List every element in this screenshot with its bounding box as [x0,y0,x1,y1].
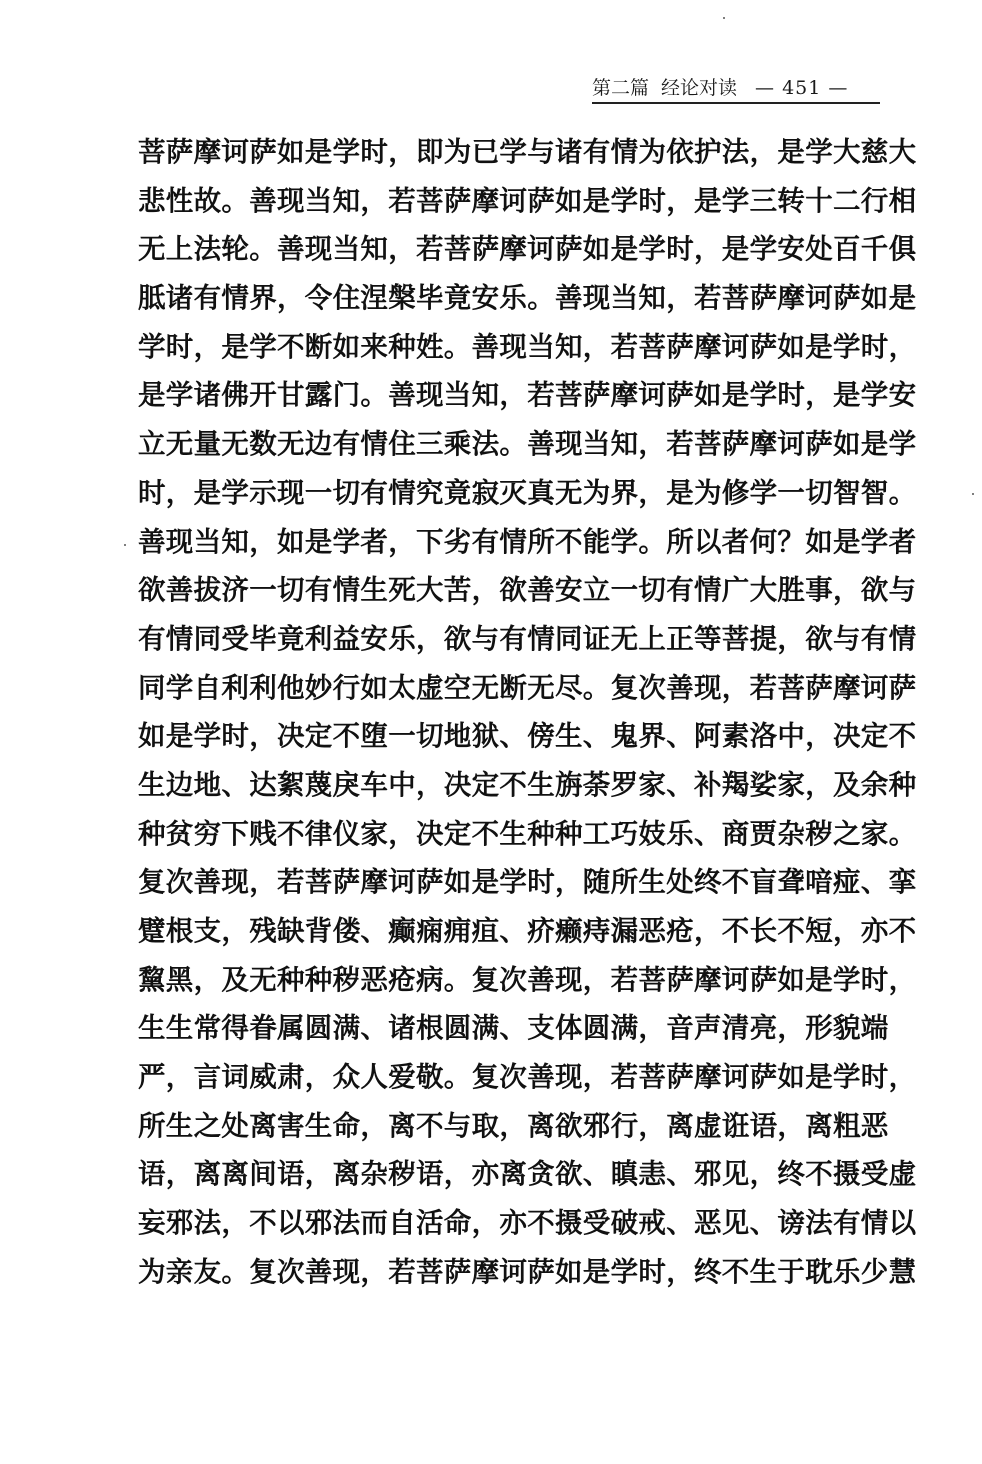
text-line: 是学诸佛开甘露门。善现当知，若菩萨摩诃萨如是学时，是学安 [138,371,882,420]
text-line: 立无量无数无边有情住三乘法。善现当知，若菩萨摩诃萨如是学 [138,420,882,469]
text-line: 同学自利利他妙行如太虚空无断无尽。复次善现，若菩萨摩诃萨 [138,664,882,713]
text-line: 为亲友。复次善现，若菩萨摩诃萨如是学时，终不生于耽乐少慧 [138,1248,882,1297]
text-line: 严，言词威肃，众人爱敬。复次善现，若菩萨摩诃萨如是学时， [138,1053,882,1102]
text-line: 有情同受毕竟利益安乐，欲与有情同证无上正等菩提，欲与有情 [138,615,882,664]
text-line: 躄根支，残缺背偻、癫痫痈疽、疥癞痔漏恶疮，不长不短，亦不 [138,907,882,956]
text-line: 菩萨摩诃萨如是学时，即为已学与诸有情为依护法，是学大慈大 [138,128,882,177]
text-line: 善现当知，如是学者，下劣有情所不能学。所以者何？如是学者 [138,518,882,567]
page-number: — 451 — [755,74,848,102]
scan-speck [723,17,725,19]
body-text: 菩萨摩诃萨如是学时，即为已学与诸有情为依护法，是学大慈大 悲性故。善现当知，若菩… [138,128,882,1297]
text-line: 生生常得眷属圆满、诸根圆满、支体圆满，音声清亮，形貌端 [138,1004,882,1053]
text-line: 复次善现，若菩萨摩诃萨如是学时，随所生处终不盲聋喑痖、挛 [138,858,882,907]
text-line: 种贫穷下贱不律仪家，决定不生种种工巧妓乐、商贾杂秽之家。 [138,810,882,859]
text-line: 欲善拔济一切有情生死大苦，欲善安立一切有情广大胜事，欲与 [138,566,882,615]
text-line: 学时，是学不断如来种姓。善现当知，若菩萨摩诃萨如是学时， [138,323,882,372]
text-line: 生边地、达絮蔑戾车中，决定不生旃荼罗家、补羯娑家，及余种 [138,761,882,810]
running-header: 第二篇 经论对读 — 451 — [592,72,880,104]
header-title: 经论对读 [661,74,737,102]
text-line: 悲性故。善现当知，若菩萨摩诃萨如是学时，是学三转十二行相 [138,177,882,226]
text-line: 如是学时，决定不堕一切地狱、傍生、鬼界、阿素洛中，决定不 [138,712,882,761]
header-section: 第二篇 [592,74,649,102]
scan-speck [972,493,974,495]
text-line: 语，离离间语，离杂秽语，亦离贪欲、瞋恚、邪见，终不摄受虚 [138,1150,882,1199]
text-line: 黧黑，及无种种秽恶疮病。复次善现，若菩萨摩诃萨如是学时， [138,956,882,1005]
text-line: 所生之处离害生命，离不与取，离欲邪行，离虚诳语，离粗恶 [138,1102,882,1151]
scan-speck [124,544,126,546]
text-line: 无上法轮。善现当知，若菩萨摩诃萨如是学时，是学安处百千俱 [138,225,882,274]
text-line: 胝诸有情界，令住涅槃毕竟安乐。善现当知，若菩萨摩诃萨如是 [138,274,882,323]
text-line: 时，是学示现一切有情究竟寂灭真无为界，是为修学一切智智。 [138,469,882,518]
text-line: 妄邪法，不以邪法而自活命，亦不摄受破戒、恶见、谤法有情以 [138,1199,882,1248]
